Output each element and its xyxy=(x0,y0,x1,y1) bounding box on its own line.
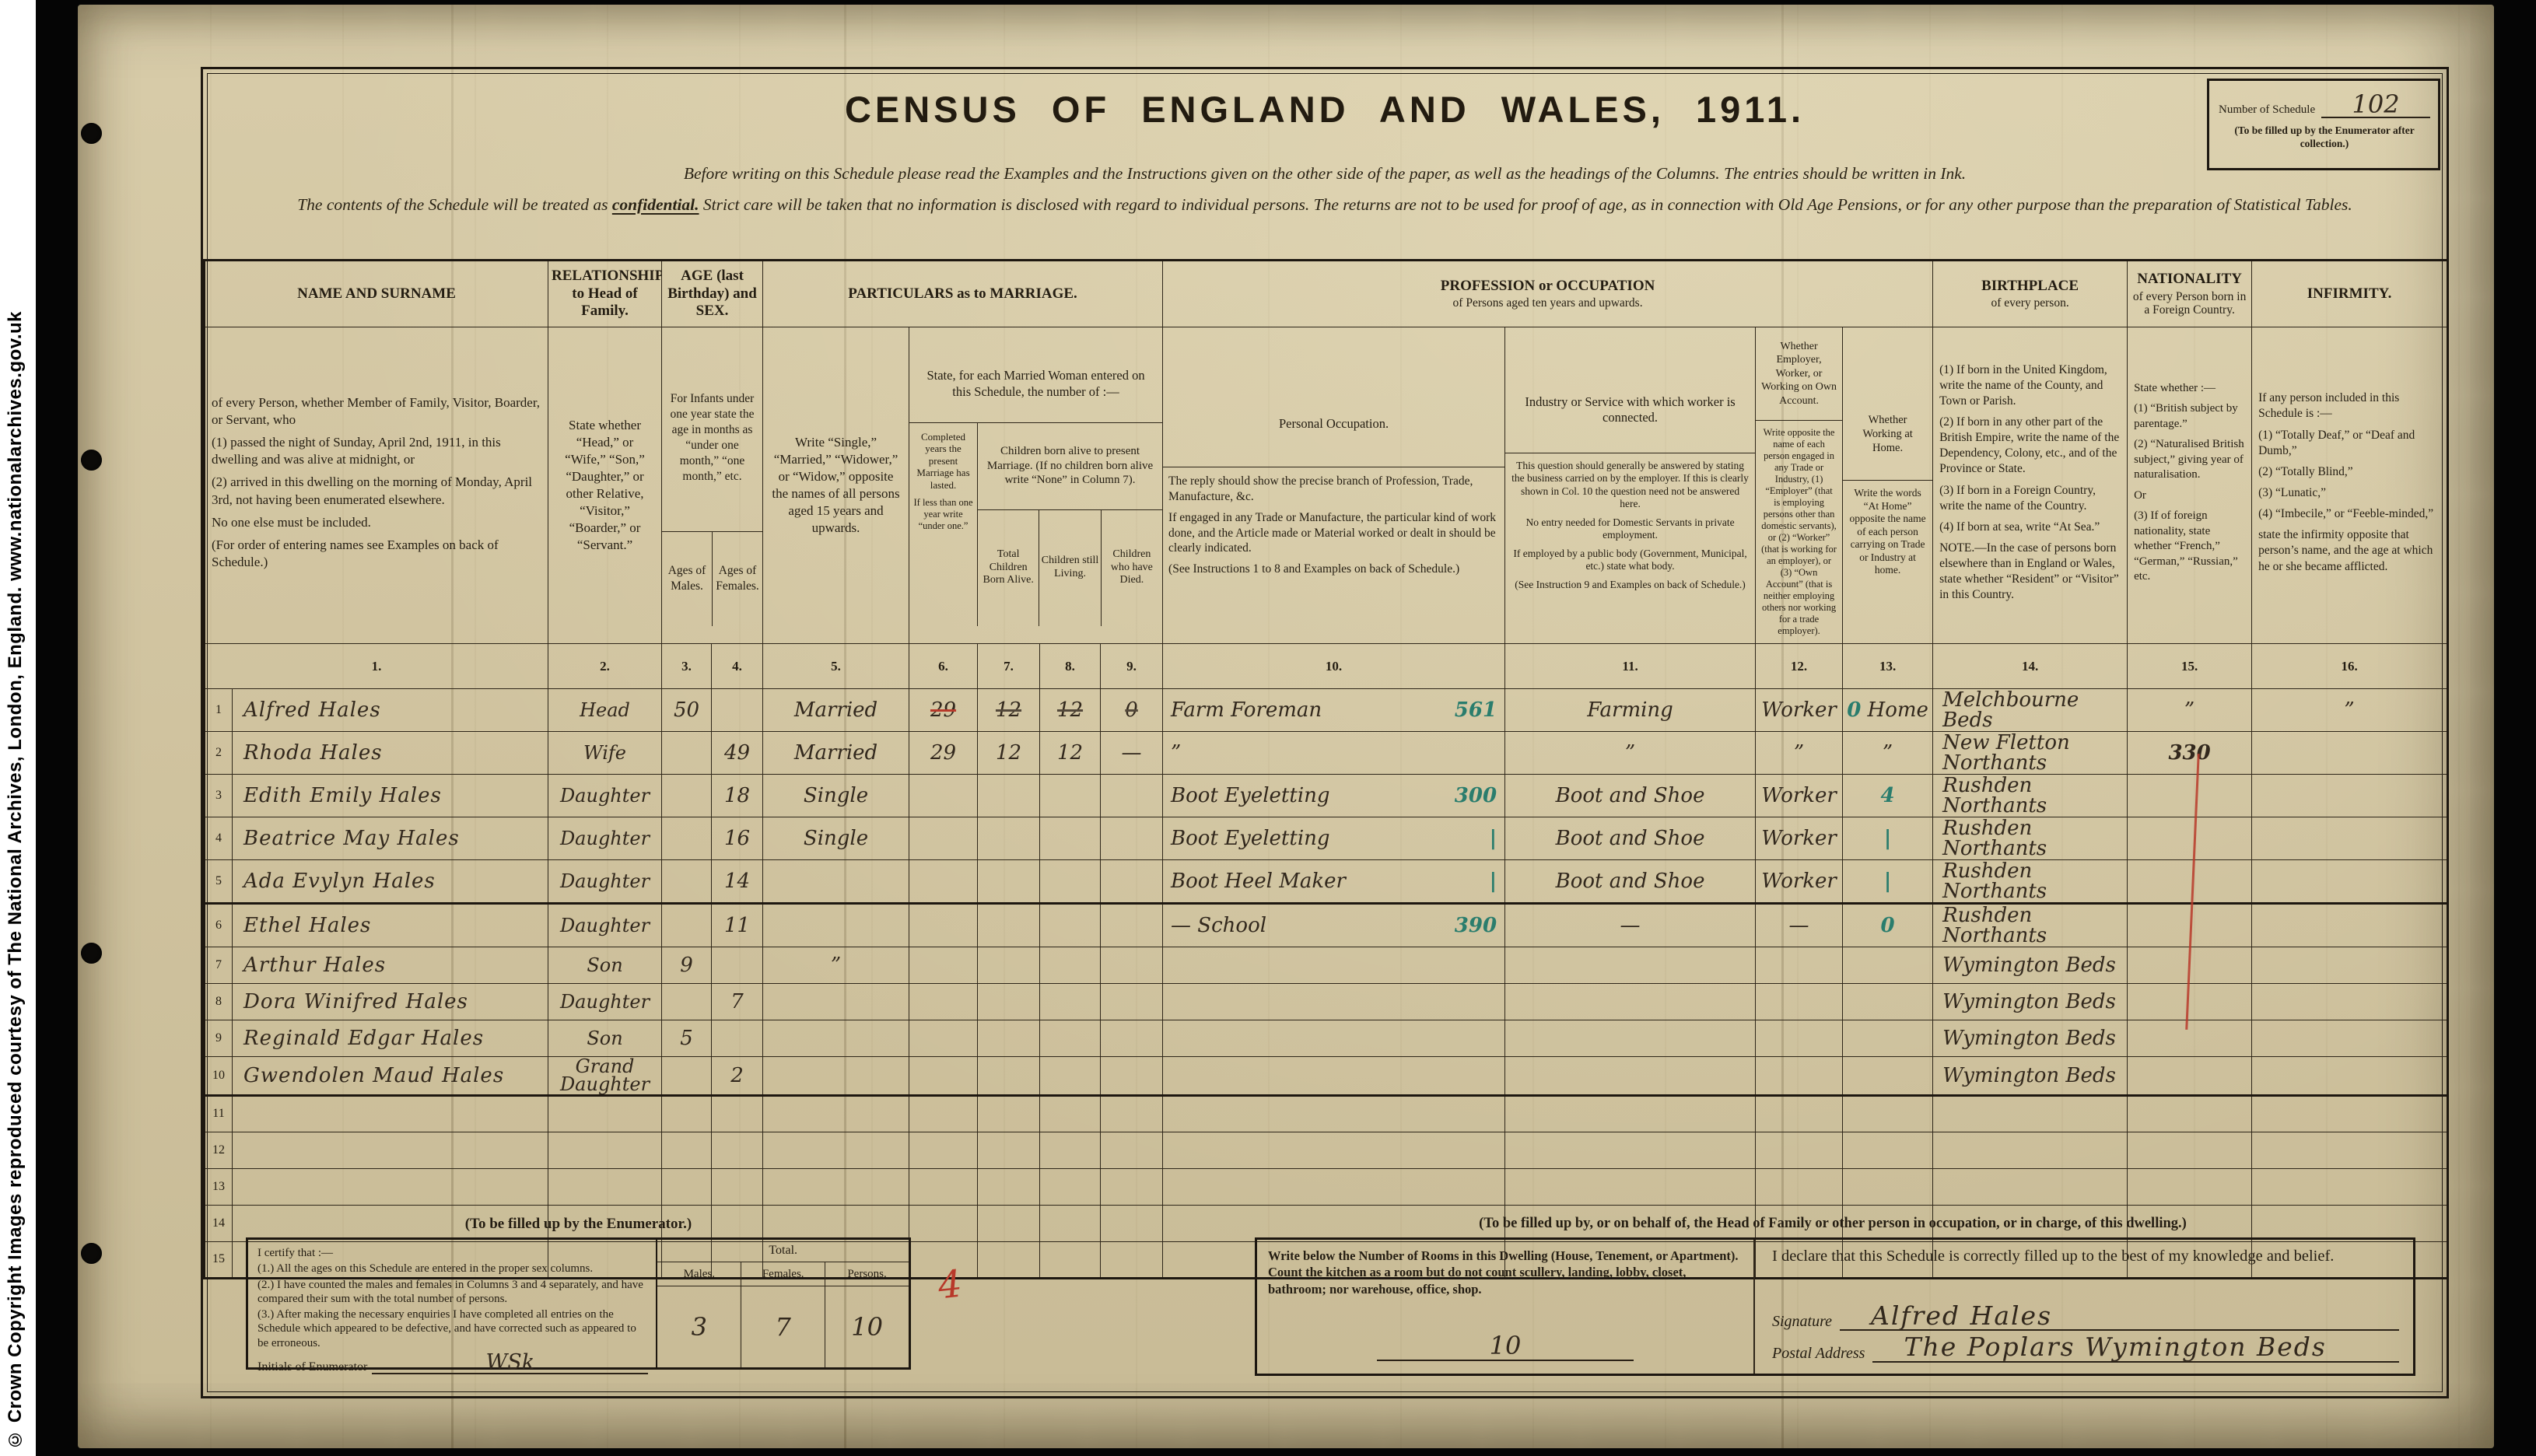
cell-born xyxy=(978,1132,1040,1168)
householder-box: Write below the Number of Rooms in this … xyxy=(1255,1237,2415,1376)
schedule-number-value: 102 xyxy=(2321,92,2430,118)
cell-infirmity xyxy=(2252,775,2448,817)
enumerator-section-title: (To be filled up by the Enumerator.) xyxy=(246,1216,911,1233)
declaration-text: I declare that this Schedule is correctl… xyxy=(1772,1248,2399,1265)
cell-died xyxy=(1101,860,1163,904)
table-row: 1Alfred HalesHead50Married2912120Farm Fo… xyxy=(205,689,2448,732)
punch-hole xyxy=(81,943,102,964)
cell-employer xyxy=(1756,1057,1843,1096)
form-title: CENSUS OF ENGLAND AND WALES, 1911. xyxy=(203,88,2447,131)
cell-employer: Worker xyxy=(1756,860,1843,904)
cell-living xyxy=(1040,904,1101,947)
cell-industry xyxy=(1505,1095,1756,1132)
census-scan-page: { "colors":{"paper":"#cfc29e","ink":"#24… xyxy=(0,0,2536,1456)
cell-home xyxy=(1843,1057,1933,1096)
punch-hole xyxy=(81,1243,102,1264)
cell-died xyxy=(1101,947,1163,984)
header-profession: PROFESSION or OCCUPATION of Persons aged… xyxy=(1163,261,1933,327)
instruction-2-pre: The contents of the Schedule will be tre… xyxy=(297,195,612,214)
occupation-code-annotation: | xyxy=(1490,871,1497,891)
col-number: 1. xyxy=(205,644,548,689)
row-number: 15 xyxy=(205,1241,233,1278)
home-tally-annotation: 4 xyxy=(1881,784,1895,807)
occupation-text: Farm Foreman xyxy=(1171,700,1322,720)
cell-infirmity xyxy=(2252,984,2448,1020)
cell-age_m xyxy=(662,817,712,860)
cell-living xyxy=(1040,947,1101,984)
cell-birthplace: Rushden Northants xyxy=(1933,860,2128,904)
cell-born xyxy=(978,1205,1040,1241)
header-profession-sub: of Persons aged ten years and upwards. xyxy=(1166,296,1929,310)
cell-home: | xyxy=(1843,817,1933,860)
table-row: 12 xyxy=(205,1132,2448,1168)
desc-children-born: Total Children Born Alive. xyxy=(978,510,1039,626)
desc-home-text: Write the words “At Home” opposite the n… xyxy=(1843,481,1932,583)
cell-living xyxy=(1040,775,1101,817)
instruction-line-1: Before writing on this Schedule please r… xyxy=(203,164,2447,184)
home-text: ” xyxy=(1883,741,1893,765)
males-value: 3 xyxy=(657,1286,741,1367)
totals-table: Total. Males. Females. Persons. 3 7 10 xyxy=(657,1240,909,1367)
cell-name xyxy=(233,1168,548,1205)
cell-relationship xyxy=(548,1132,662,1168)
cell-marital xyxy=(763,904,909,947)
header-nationality: NATIONALITY of every Person born in a Fo… xyxy=(2128,261,2252,327)
cell-age_f: 16 xyxy=(712,817,763,860)
row-number: 4 xyxy=(205,817,233,860)
cell-age_m xyxy=(662,904,712,947)
cell-birthplace: Wymington Beds xyxy=(1933,1020,2128,1057)
cell-employer xyxy=(1756,947,1843,984)
row-number: 11 xyxy=(205,1095,233,1132)
cell-occupation xyxy=(1163,984,1505,1020)
row-number: 9 xyxy=(205,1020,233,1057)
cell-years xyxy=(909,984,978,1020)
cell-nationality: ” xyxy=(2128,689,2252,732)
cell-age_m xyxy=(662,732,712,775)
cell-born: 12 xyxy=(978,689,1040,732)
cell-died xyxy=(1101,1168,1163,1205)
desc-marriage-group: State, for each Married Woman entered on… xyxy=(909,327,1163,644)
cell-age_f: 2 xyxy=(712,1057,763,1096)
cell-relationship: Daughter xyxy=(548,904,662,947)
cell-years xyxy=(909,1168,978,1205)
cell-employer xyxy=(1756,1020,1843,1057)
home-tally-annotation: 0 xyxy=(1847,698,1861,722)
home-tally-annotation: | xyxy=(1884,827,1891,850)
cell-marital xyxy=(763,984,909,1020)
cell-occupation: — School390 xyxy=(1163,904,1505,947)
cell-name: Gwendolen Maud Hales xyxy=(233,1057,548,1096)
cell-occupation xyxy=(1163,947,1505,984)
cell-living xyxy=(1040,1241,1101,1278)
cell-birthplace: Wymington Beds xyxy=(1933,984,2128,1020)
col-number: 12. xyxy=(1756,644,1843,689)
copyright-text: © Crown Copyright Images reproduced cour… xyxy=(5,311,26,1450)
cell-occupation: Farm Foreman561 xyxy=(1163,689,1505,732)
desc-employer-head: Whether Employer, Worker, or Working on … xyxy=(1756,327,1842,421)
cell-employer: ” xyxy=(1756,732,1843,775)
cell-employer xyxy=(1756,1095,1843,1132)
cell-living xyxy=(1040,1020,1101,1057)
cell-relationship: Wife xyxy=(548,732,662,775)
cell-marital: Married xyxy=(763,732,909,775)
cell-occupation xyxy=(1163,1132,1505,1168)
signature-label: Signature xyxy=(1772,1313,1832,1331)
cell-employer: Worker xyxy=(1756,689,1843,732)
col-number: 3. xyxy=(662,644,712,689)
cell-occupation xyxy=(1163,1168,1505,1205)
cell-age_m xyxy=(662,1057,712,1096)
table-row: 10Gwendolen Maud HalesGrand Daughter2Wym… xyxy=(205,1057,2448,1096)
cell-industry: Boot and Shoe xyxy=(1505,817,1756,860)
table-row: 2Rhoda HalesWife49Married291212—””””New … xyxy=(205,732,2448,775)
cell-name: Rhoda Hales xyxy=(233,732,548,775)
persons-label: Persons. xyxy=(825,1262,909,1286)
cell-age_f xyxy=(712,1168,763,1205)
cell-years xyxy=(909,860,978,904)
header-birthplace: BIRTHPLACE of every person. xyxy=(1933,261,2128,327)
cell-age_f xyxy=(712,1132,763,1168)
header-profession-title: PROFESSION or OCCUPATION xyxy=(1441,278,1655,294)
cell-nationality xyxy=(2128,1020,2252,1057)
cell-infirmity xyxy=(2252,1132,2448,1168)
cell-home: 4 xyxy=(1843,775,1933,817)
census-form: CENSUS OF ENGLAND AND WALES, 1911. Numbe… xyxy=(201,67,2449,1398)
desc-children-living: Children still Living. xyxy=(1039,510,1100,626)
cell-relationship xyxy=(548,1168,662,1205)
cell-marital xyxy=(763,1057,909,1096)
cell-nationality xyxy=(2128,860,2252,904)
census-table: NAME AND SURNAME RELATIONSHIP to Head of… xyxy=(203,259,2449,1279)
cell-employer: — xyxy=(1756,904,1843,947)
cell-infirmity xyxy=(2252,1020,2448,1057)
instruction-line-2: The contents of the Schedule will be tre… xyxy=(248,194,2402,216)
females-label: Females. xyxy=(741,1262,825,1286)
cell-home: | xyxy=(1843,860,1933,904)
rooms-value: 10 xyxy=(1377,1332,1634,1361)
header-relationship: RELATIONSHIP to Head of Family. xyxy=(548,261,662,327)
col-number: 2. xyxy=(548,644,662,689)
cell-relationship: Son xyxy=(548,1020,662,1057)
cell-industry xyxy=(1505,1132,1756,1168)
row-number: 5 xyxy=(205,860,233,904)
cell-birthplace xyxy=(1933,1132,2128,1168)
cell-age_m xyxy=(662,775,712,817)
cell-industry xyxy=(1505,1057,1756,1096)
cell-name xyxy=(233,1132,548,1168)
cell-home xyxy=(1843,1132,1933,1168)
certify-lines: I certify that :—(1.) All the ages on th… xyxy=(257,1246,648,1352)
cell-relationship: Son xyxy=(548,947,662,984)
desc-nationality: State whether :—(1) “British subject by … xyxy=(2128,327,2252,644)
header-marriage: PARTICULARS as to MARRIAGE. xyxy=(763,261,1163,327)
cell-living: 12 xyxy=(1040,732,1101,775)
desc-employer: Whether Employer, Worker, or Working on … xyxy=(1756,327,1843,644)
cell-infirmity xyxy=(2252,860,2448,904)
cell-employer xyxy=(1756,984,1843,1020)
cell-years xyxy=(909,1020,978,1057)
desc-age: For Infants under one year state the age… xyxy=(662,327,763,644)
cell-name: Ada Evylyn Hales xyxy=(233,860,548,904)
row-number: 14 xyxy=(205,1205,233,1241)
occupation-text: Boot Eyeletting xyxy=(1171,828,1329,849)
cell-age_f: 49 xyxy=(712,732,763,775)
cell-name: Alfred Hales xyxy=(233,689,548,732)
cell-nationality: 330 xyxy=(2128,732,2252,775)
cell-years: 29 xyxy=(909,689,978,732)
cell-infirmity xyxy=(2252,947,2448,984)
cell-infirmity xyxy=(2252,1057,2448,1096)
cell-occupation xyxy=(1163,1057,1505,1096)
cell-birthplace: Wymington Beds xyxy=(1933,947,2128,984)
cell-occupation: Boot Eyeletting| xyxy=(1163,817,1505,860)
occupation-text: ” xyxy=(1171,743,1181,763)
header-nationality-title: NATIONALITY xyxy=(2137,271,2242,287)
cell-marital: Single xyxy=(763,775,909,817)
cell-relationship xyxy=(548,1095,662,1132)
cell-occupation xyxy=(1163,1095,1505,1132)
cell-relationship: Daughter xyxy=(548,984,662,1020)
desc-years-main: Completed years the present Marriage has… xyxy=(912,431,974,492)
cell-years xyxy=(909,817,978,860)
desc-occupation-text: The reply should show the precise branch… xyxy=(1163,467,1504,589)
table-row: 6Ethel HalesDaughter11— School390——0Rush… xyxy=(205,904,2448,947)
cell-relationship: Grand Daughter xyxy=(548,1057,662,1096)
cell-nationality xyxy=(2128,1095,2252,1132)
cell-born xyxy=(978,1095,1040,1132)
enumerator-certify: I certify that :—(1.) All the ages on th… xyxy=(248,1240,657,1367)
cell-age_f: 18 xyxy=(712,775,763,817)
cell-died xyxy=(1101,817,1163,860)
cell-relationship: Daughter xyxy=(548,775,662,817)
cell-died: 0 xyxy=(1101,689,1163,732)
cell-occupation xyxy=(1163,1020,1505,1057)
cell-birthplace: Rushden Northants xyxy=(1933,904,2128,947)
cell-age_m xyxy=(662,984,712,1020)
occupation-code-annotation: | xyxy=(1490,828,1497,849)
desc-infirmity: If any person included in this Schedule … xyxy=(2252,327,2448,644)
cell-occupation: Boot Heel Maker| xyxy=(1163,860,1505,904)
occupation-code-annotation: 561 xyxy=(1455,700,1497,720)
cell-died xyxy=(1101,1095,1163,1132)
cell-home xyxy=(1843,947,1933,984)
signature-value: Alfred Hales xyxy=(1840,1303,2399,1332)
table-row: 13 xyxy=(205,1168,2448,1205)
cell-years: 29 xyxy=(909,732,978,775)
cell-marital xyxy=(763,1095,909,1132)
cell-employer: Worker xyxy=(1756,775,1843,817)
confidential-word: confidential. xyxy=(612,195,699,214)
cell-born: 12 xyxy=(978,732,1040,775)
initials-label: Initials of Enumerator xyxy=(257,1360,367,1375)
cell-years xyxy=(909,1057,978,1096)
desc-relationship: State whether “Head,” or “Wife,” “Son,” … xyxy=(548,327,662,644)
col-number: 6. xyxy=(909,644,978,689)
cell-died xyxy=(1101,1132,1163,1168)
cell-age_m xyxy=(662,1132,712,1168)
cell-born xyxy=(978,860,1040,904)
cell-birthplace: Wymington Beds xyxy=(1933,1057,2128,1096)
occupation-text: Boot Eyeletting xyxy=(1171,786,1329,806)
cell-living xyxy=(1040,1168,1101,1205)
cell-marital: Single xyxy=(763,817,909,860)
cell-died xyxy=(1101,1020,1163,1057)
females-value: 7 xyxy=(741,1286,825,1367)
column-number-row: 1. 2. 3. 4. 5. 6. 7. 8. 9. 10. 11. 12. 1… xyxy=(205,644,2448,689)
cell-died xyxy=(1101,1057,1163,1096)
desc-ages-females: Ages of Females. xyxy=(713,532,762,626)
cell-living xyxy=(1040,860,1101,904)
cell-industry xyxy=(1505,984,1756,1020)
census-rows: 1Alfred HalesHead50Married2912120Farm Fo… xyxy=(205,689,2448,1279)
cell-born xyxy=(978,984,1040,1020)
cell-nationality xyxy=(2128,775,2252,817)
schedule-number-box: Number of Schedule 102 (To be filled up … xyxy=(2207,79,2440,170)
copyright-strip: © Crown Copyright Images reproduced cour… xyxy=(0,0,36,1456)
table-row: 9Reginald Edgar HalesSon5Wymington Beds xyxy=(205,1020,2448,1057)
cell-born xyxy=(978,904,1040,947)
cell-industry: — xyxy=(1505,904,1756,947)
cell-employer xyxy=(1756,1168,1843,1205)
header-nationality-sub: of every Person born in a Foreign Countr… xyxy=(2131,290,2248,318)
postal-address-value: The Poplars Wymington Beds xyxy=(1872,1334,2399,1363)
cell-marital: Married xyxy=(763,689,909,732)
cell-age_f: 14 xyxy=(712,860,763,904)
row-number: 12 xyxy=(205,1132,233,1168)
cell-died: — xyxy=(1101,732,1163,775)
schedule-number-label: Number of Schedule xyxy=(2219,103,2315,117)
desc-home-head: Whether Working at Home. xyxy=(1843,387,1932,481)
cell-birthplace: New Fletton Northants xyxy=(1933,732,2128,775)
cell-home xyxy=(1843,1095,1933,1132)
header-description-row: of every Person, whether Member of Famil… xyxy=(205,327,2448,644)
cell-relationship: Head xyxy=(548,689,662,732)
cell-died xyxy=(1101,775,1163,817)
desc-children: Children born alive to present Marriage.… xyxy=(978,423,1162,510)
cell-name: Reginald Edgar Hales xyxy=(233,1020,548,1057)
cell-living xyxy=(1040,1205,1101,1241)
rooms-cell: Write below the Number of Rooms in this … xyxy=(1257,1240,1755,1374)
col-number: 15. xyxy=(2128,644,2252,689)
col-number: 10. xyxy=(1163,644,1505,689)
cell-industry: Boot and Shoe xyxy=(1505,775,1756,817)
desc-children-died: Children who have Died. xyxy=(1101,510,1162,626)
row-number: 10 xyxy=(205,1057,233,1096)
desc-employer-text: Write opposite the name of each person e… xyxy=(1756,421,1842,643)
census-paper: CENSUS OF ENGLAND AND WALES, 1911. Numbe… xyxy=(78,5,2494,1448)
cell-born xyxy=(978,1168,1040,1205)
cell-died xyxy=(1101,984,1163,1020)
cell-living xyxy=(1040,1095,1101,1132)
header-infirmity: INFIRMITY. xyxy=(2252,261,2448,327)
header-name: NAME AND SURNAME xyxy=(205,261,548,327)
cell-living xyxy=(1040,1057,1101,1096)
cell-marital xyxy=(763,1168,909,1205)
col-number: 5. xyxy=(763,644,909,689)
table-row: 3Edith Emily HalesDaughter18SingleBoot E… xyxy=(205,775,2448,817)
cell-industry: ” xyxy=(1505,732,1756,775)
col-number: 16. xyxy=(2252,644,2448,689)
desc-industry-text: This question should generally be answer… xyxy=(1505,453,1755,603)
col-number: 8. xyxy=(1040,644,1101,689)
cell-born xyxy=(978,1057,1040,1096)
cell-age_f xyxy=(712,1020,763,1057)
cell-nationality xyxy=(2128,1168,2252,1205)
row-number: 1 xyxy=(205,689,233,732)
desc-name: of every Person, whether Member of Famil… xyxy=(205,327,548,644)
cell-name: Beatrice May Hales xyxy=(233,817,548,860)
cell-industry xyxy=(1505,1168,1756,1205)
row-number: 6 xyxy=(205,904,233,947)
col-number: 13. xyxy=(1843,644,1933,689)
cell-nationality xyxy=(2128,817,2252,860)
householder-section-title: (To be filled up by, or on behalf of, th… xyxy=(1249,1216,2416,1232)
desc-industry: Industry or Service with which worker is… xyxy=(1505,327,1756,644)
desc-age-infants: For Infants under one year state the age… xyxy=(662,345,762,532)
cell-years xyxy=(909,1205,978,1241)
cell-died xyxy=(1101,904,1163,947)
cell-relationship: Daughter xyxy=(548,817,662,860)
punch-hole xyxy=(81,123,102,144)
totals-title: Total. xyxy=(657,1240,909,1262)
cell-died xyxy=(1101,1205,1163,1241)
schedule-number-note: (To be filled up by the Enumerator after… xyxy=(2219,124,2430,151)
table-row: 8Dora Winifred HalesDaughter7Wymington B… xyxy=(205,984,2448,1020)
punch-hole xyxy=(81,450,102,471)
col-number: 14. xyxy=(1933,644,2128,689)
cell-years xyxy=(909,1132,978,1168)
row-number: 3 xyxy=(205,775,233,817)
red-check-mark: 4 xyxy=(936,1262,964,1308)
cell-born xyxy=(978,817,1040,860)
cell-relationship: Daughter xyxy=(548,860,662,904)
cell-employer: Worker xyxy=(1756,817,1843,860)
cell-home: 0 xyxy=(1843,904,1933,947)
occupation-text: — School xyxy=(1171,915,1266,936)
cell-years xyxy=(909,904,978,947)
cell-marital xyxy=(763,1020,909,1057)
rooms-instructions: Write below the Number of Rooms in this … xyxy=(1268,1248,1743,1297)
desc-years-sub: If less than one year write “under one.” xyxy=(912,497,974,532)
desc-years: Completed years the present Marriage has… xyxy=(909,423,978,626)
cell-living xyxy=(1040,1132,1101,1168)
row-number: 13 xyxy=(205,1168,233,1205)
header-group-row: NAME AND SURNAME RELATIONSHIP to Head of… xyxy=(205,261,2448,327)
cell-years xyxy=(909,1095,978,1132)
cell-age_m: 5 xyxy=(662,1020,712,1057)
cell-age_m xyxy=(662,860,712,904)
cell-industry xyxy=(1505,947,1756,984)
row-number: 7 xyxy=(205,947,233,984)
cell-age_f: 7 xyxy=(712,984,763,1020)
cell-born xyxy=(978,947,1040,984)
postal-address-label: Postal Address xyxy=(1772,1345,1865,1363)
cell-home: 0 Home xyxy=(1843,689,1933,732)
col-number: 9. xyxy=(1101,644,1163,689)
desc-birthplace: (1) If born in the United Kingdom, write… xyxy=(1933,327,2128,644)
cell-name: Ethel Hales xyxy=(233,904,548,947)
cell-died xyxy=(1101,1241,1163,1278)
cell-birthplace xyxy=(1933,1168,2128,1205)
occupation-code-annotation: 300 xyxy=(1455,786,1497,806)
col-number: 7. xyxy=(978,644,1040,689)
cell-born xyxy=(978,775,1040,817)
enumerator-box: I certify that :—(1.) All the ages on th… xyxy=(246,1237,911,1370)
cell-home xyxy=(1843,1020,1933,1057)
table-row: 11 xyxy=(205,1095,2448,1132)
cell-years xyxy=(909,775,978,817)
